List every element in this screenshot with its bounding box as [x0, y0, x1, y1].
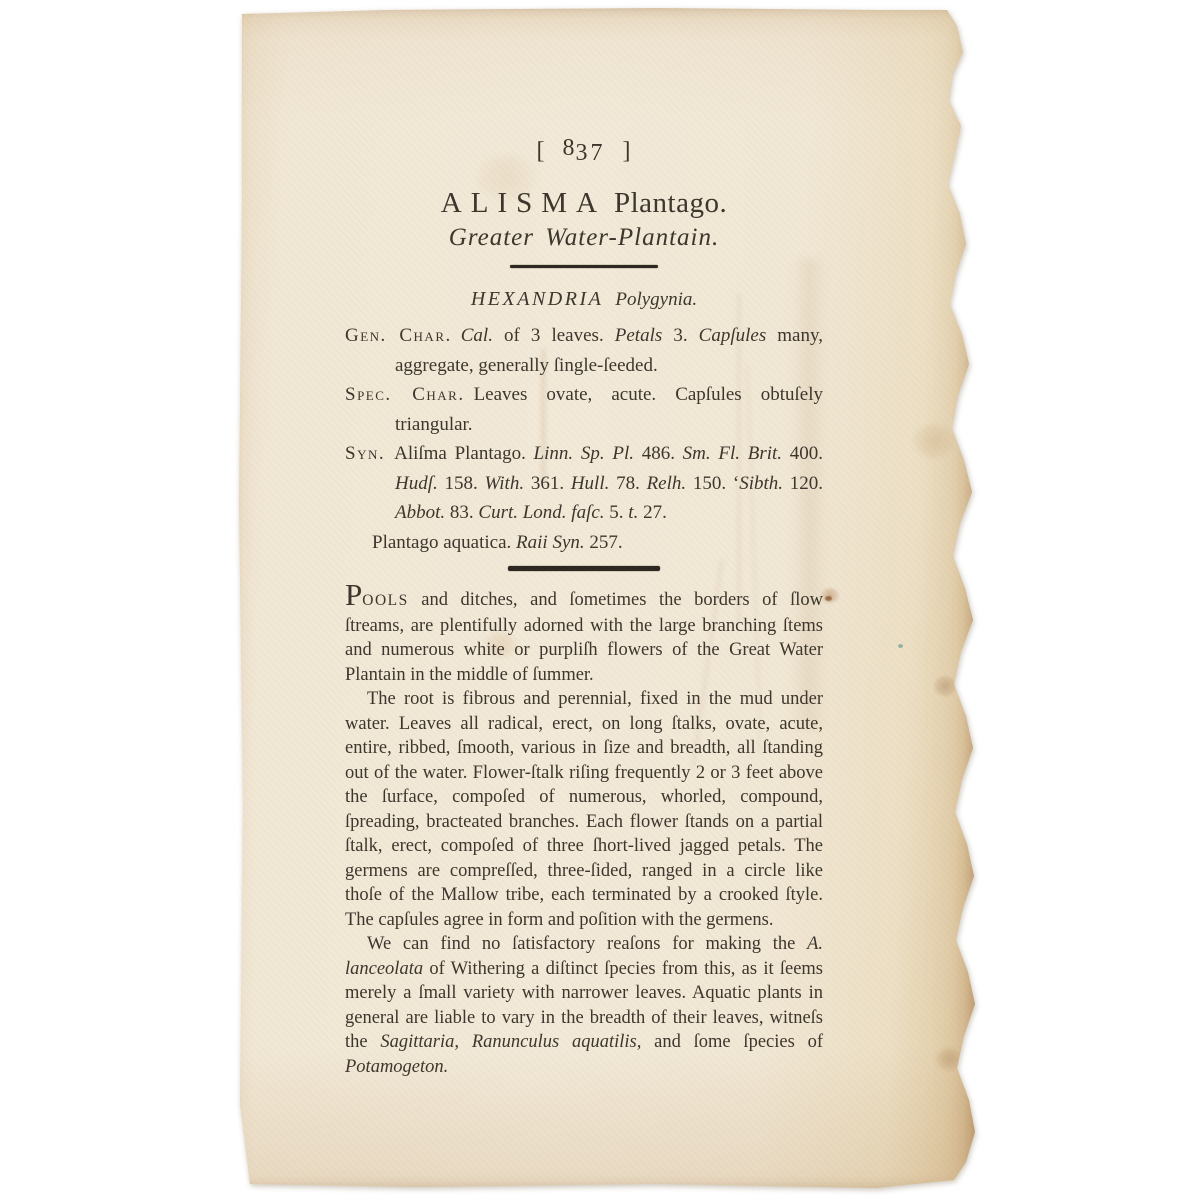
synonym-entry-2: Plantago aquatica. Raii Syn. 257.	[345, 528, 823, 558]
page-number-digits: 37	[576, 140, 606, 166]
spec-char-label: Spec. Char.	[345, 384, 465, 405]
bracket-left: [	[537, 138, 546, 164]
linnaean-class: HEXANDRIA	[471, 288, 603, 310]
page-number-digit: 8	[563, 135, 576, 161]
divider-rule-bottom	[508, 566, 660, 571]
body-text: POOLS and ditches, and ſometimes the bor…	[345, 588, 823, 1079]
foxing-stain	[914, 424, 954, 458]
scanned-page: [837] ALISMAPlantago. Greater Water-Plan…	[0, 0, 1200, 1200]
syn-text: Aliſma Plantago. Linn. Sp. Pl. 486. Sm. …	[394, 443, 823, 523]
book-page: [837] ALISMAPlantago. Greater Water-Plan…	[236, 4, 978, 1190]
syn-label: Syn.	[345, 443, 385, 464]
foxing-stain	[825, 596, 832, 601]
page-content: [837] ALISMAPlantago. Greater Water-Plan…	[345, 136, 823, 1079]
drop-cap-rest: OOLS	[362, 592, 408, 609]
classification-line: HEXANDRIAPolygynia.	[345, 287, 823, 312]
divider-rule-top	[510, 265, 658, 268]
paragraph-remarks: We can find no ſatisfactory reaſons for …	[345, 932, 823, 1079]
gen-char-label: Gen. Char.	[345, 325, 452, 346]
linnaean-order: Polygynia.	[615, 289, 697, 310]
syn2-text: Plantago aquatica. Raii Syn. 257.	[372, 532, 623, 553]
foxing-stain	[934, 676, 956, 696]
synonym-entry: Syn.Aliſma Plantago. Linn. Sp. Pl. 486. …	[345, 439, 823, 528]
character-entries: Gen. Char.Cal. of 3 leaves. Petals 3. Ca…	[345, 321, 823, 557]
bracket-right: ]	[623, 138, 632, 164]
species-name: Plantago.	[614, 187, 727, 219]
ink-speck	[898, 644, 903, 648]
genus-name: ALISMA	[441, 187, 606, 219]
gen-char-text: Cal. of 3 leaves. Petals 3. Capſules man…	[395, 325, 823, 376]
page-number: [837]	[345, 136, 823, 166]
paragraph-description: The root is fibrous and perennial, fixed…	[345, 687, 823, 932]
paragraph-text: We can find no ſatisfactory reaſons for …	[345, 934, 823, 1077]
paragraph-text: and ditches, and ſometimes the borders o…	[345, 590, 823, 685]
spec-char-entry: Spec. Char.Leaves ovate, acute. Capſules…	[345, 380, 823, 439]
paragraph-text: The root is fibrous and perennial, fixed…	[345, 689, 823, 930]
common-name: Greater Water-Plantain.	[345, 224, 823, 252]
gen-char-entry: Gen. Char.Cal. of 3 leaves. Petals 3. Ca…	[345, 321, 823, 380]
paragraph-habitat: POOLS and ditches, and ſometimes the bor…	[345, 588, 823, 687]
drop-cap: P	[345, 577, 362, 612]
foxing-stain	[936, 1048, 962, 1070]
page-title: ALISMAPlantago.	[345, 187, 823, 219]
